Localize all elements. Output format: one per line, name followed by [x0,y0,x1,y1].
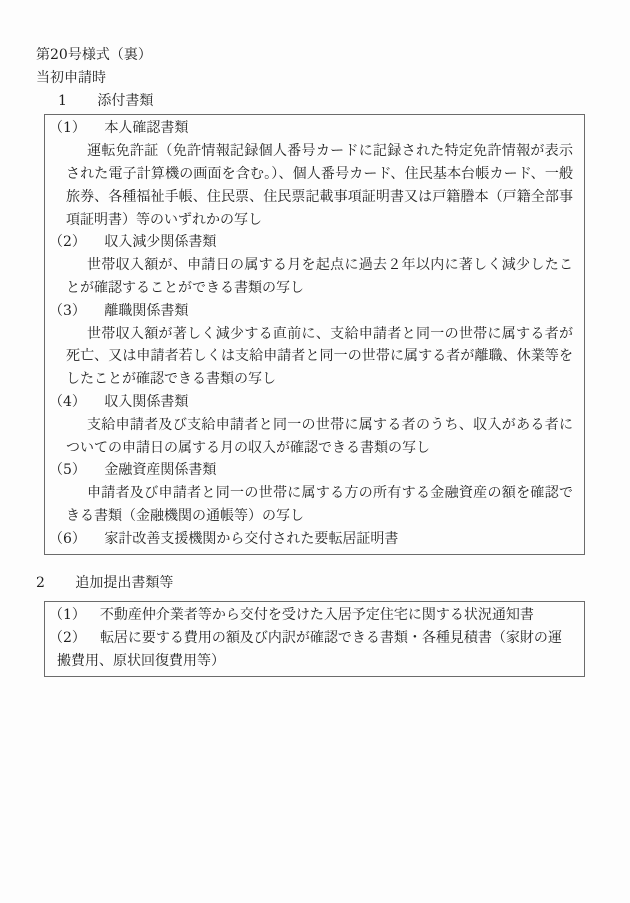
item-number-label: （3） [49,300,86,323]
item-text: 不動産仲介業者等から交付を受けた入居予定住宅に関する状況通知書 [100,607,534,623]
item-title: 収入関係書類 [104,391,188,414]
item-number-label: （5） [49,459,86,482]
item-number-label: （4） [49,391,86,414]
section-1-number: 1 [58,90,67,113]
item-title: 収入減少関係書類 [104,231,216,254]
item-number-label: （2） [49,231,86,254]
item-text: 転居に要する費用の額及び内訳が確認できる書類・各種見積書（家財の運搬費用、原状回… [57,630,562,669]
document-item-5: （5） 金融資産関係書類 申請者及び申請者と同一の世帯に属する方の所有する金融資… [49,459,573,527]
document-item-3: （3） 離職関係書類 世帯収入額が著しく減少する直前に、支給申請者と同一の世帯に… [49,300,573,391]
section-2-number: 2 [36,572,45,595]
item-description: 運転免許証（免許情報記録個人番号カードに記録された特定免許情報が表示された電子計… [66,140,573,231]
item-number-label: （1） [49,607,86,623]
document-item-1: （1） 本人確認書類 運転免許証（免許情報記録個人番号カードに記録された特定免許… [49,117,573,231]
item-description: 世帯収入額が、申請日の属する月を起点に過去２年以内に著しく減少したことが確認する… [66,254,573,300]
item-number-label: （6） [49,528,86,551]
additional-item-2: （2）転居に要する費用の額及び内訳が確認できる書類・各種見積書（家財の運搬費用、… [49,627,573,673]
section-1-heading: 1 添付書類 [36,90,594,113]
additional-documents-box: （1）不動産仲介業者等から交付を受けた入居予定住宅に関する状況通知書 （2）転居… [44,601,585,676]
item-description: 支給申請者及び支給申請者と同一の世帯に属する者のうち、収入がある者についての申請… [66,414,573,460]
page-subtitle: 当初申請時 [36,67,594,90]
section-1-title: 添付書類 [97,90,153,113]
item-title: 金融資産関係書類 [104,459,216,482]
attachment-documents-box: （1） 本人確認書類 運転免許証（免許情報記録個人番号カードに記録された特定免許… [44,114,585,554]
document-page: 第20号様式（裏） 当初申請時 1 添付書類 （1） 本人確認書類 運転免許証（… [0,0,630,903]
item-title: 離職関係書類 [104,300,188,323]
item-title: 本人確認書類 [104,117,188,140]
item-number-label: （2） [49,630,86,646]
section-2-heading: 2 追加提出書類等 [36,572,594,595]
document-item-4: （4） 収入関係書類 支給申請者及び支給申請者と同一の世帯に属する者のうち、収入… [49,391,573,459]
additional-item-1: （1）不動産仲介業者等から交付を受けた入居予定住宅に関する状況通知書 [49,604,573,627]
item-title: 家計改善支援機関から交付された要転居証明書 [104,528,398,551]
item-number-label: （1） [49,117,86,140]
item-description: 申請者及び申請者と同一の世帯に属する方の所有する金融資産の額を確認できる書類（金… [66,482,573,528]
item-description: 世帯収入額が著しく減少する直前に、支給申請者と同一の世帯に属する者が死亡、又は申… [66,323,573,391]
document-item-2: （2） 収入減少関係書類 世帯収入額が、申請日の属する月を起点に過去２年以内に著… [49,231,573,299]
section-2-title: 追加提出書類等 [75,572,173,595]
page-title: 第20号様式（裏） [36,44,594,67]
document-item-6: （6） 家計改善支援機関から交付された要転居証明書 [49,528,573,551]
